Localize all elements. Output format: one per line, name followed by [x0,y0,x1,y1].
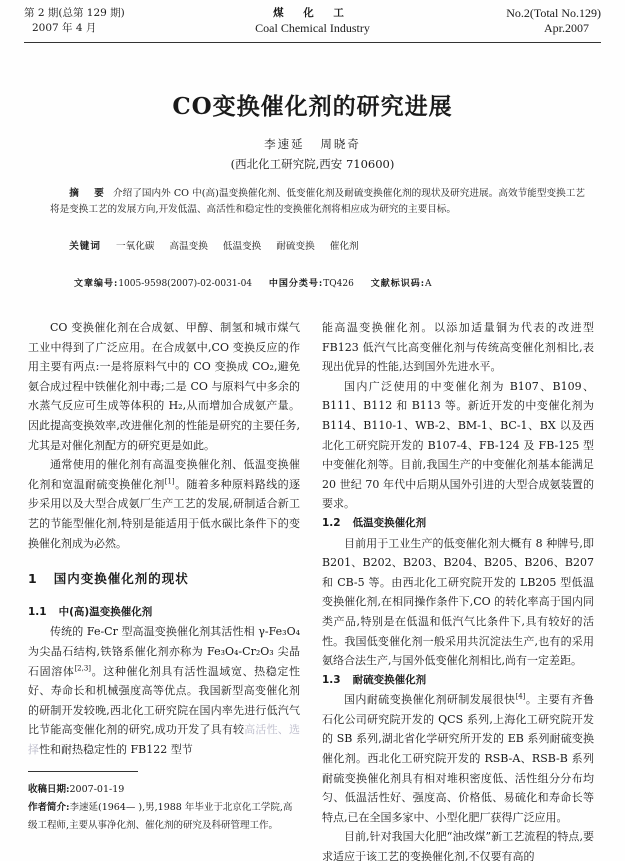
paragraph: 国内广泛使用的中变催化剂为 B107、B109、B111、B112 和 B113… [322,377,594,514]
paragraph: 目前,针对我国大化肥“油改煤”新工艺流程的特点,要求适应于该工艺的变换催化剂,不… [322,827,594,861]
citation: [2,3] [74,664,91,672]
keyword: 耐硫变换 [276,241,314,252]
article-number: 文章编号:1005-9598(2007)-02-0031-04 [74,279,252,289]
section-heading-1: 1国内变换催化剂的现状 [28,569,300,589]
citation: [4] [515,693,525,701]
keyword: 催化剂 [330,241,359,252]
received-date: 收稿日期:2007-01-19 [28,781,300,799]
section-heading-1-2: 1.2低温变换催化剂 [322,514,594,534]
article-title: CO变换催化剂的研究进展 [0,88,625,121]
article-affiliation: (西北化工研究院,西安 710600) [0,156,625,172]
paragraph: 传统的 Fe-Cr 型高温变换催化剂其活性相 γ-Fe₃O₄ 为尖晶石结构,铁铬… [28,622,300,759]
footnote: 收稿日期:2007-01-19 作者简介:李速延(1964— ),男,1988 … [28,781,300,835]
keywords: 关键词 一氧化碳 高温变换 低温变换 耐硫变换 催化剂 [50,238,585,252]
issue-date-en: Apr.2007 [506,21,601,36]
paragraph: 通常使用的催化剂有高温变换催化剂、低温变换催化剂和宽温耐硫变换催化剂[1]。随着… [28,455,300,553]
paragraph: CO 变换催化剂在合成氨、甲醇、制氢和城市煤气工业中得到了广泛应用。在合成氨中,… [28,318,300,455]
keyword: 低温变换 [223,241,261,252]
keywords-label: 关键词 [69,241,101,252]
running-header: 第 2 期(总第 129 期) 2007 年 4 月 煤 化 工 Coal Ch… [24,6,601,43]
left-column: CO 变换催化剂在合成氨、甲醇、制氢和城市煤气工业中得到了广泛应用。在合成氨中,… [28,318,300,759]
citation: [1] [165,477,175,485]
article-metadata: 文章编号:1005-9598(2007)-02-0031-04 中国分类号:TQ… [74,276,446,289]
document-code: 文献标识码:A [371,279,432,289]
paragraph: 国内耐硫变换催化剂研制发展很快[4]。主要有齐鲁石化公司研究院开发的 QCS 系… [322,690,594,827]
keyword: 高温变换 [169,241,207,252]
abstract: 摘 要 介绍了国内外 CO 中(高)温变换催化剂、低变催化剂及耐硫变换催化剂的现… [50,186,585,217]
article-authors: 李速延 周晓奇 [0,136,625,152]
right-column: 能高温变换催化剂。以添加适量铜为代表的改进型 FB123 低汽气比高变催化剂与传… [322,318,594,861]
author-bio: 作者简介:李速延(1964— ),男,1988 年毕业于北京化工学院,高级工程师… [28,799,300,835]
paragraph: 能高温变换催化剂。以添加适量铜为代表的改进型 FB123 低汽气比高变催化剂与传… [322,318,594,377]
section-heading-1-3: 1.3耐硫变换催化剂 [322,671,594,691]
paragraph: 目前用于工业生产的低变催化剂大概有 8 种牌号,即 B201、B202、B203… [322,534,594,671]
classification-number: 中国分类号:TQ426 [269,279,354,289]
footnote-rule [28,771,138,772]
abstract-text: 介绍了国内外 CO 中(高)温变换催化剂、低变催化剂及耐硫变换催化剂的现状及研究… [50,188,585,215]
section-heading-1-1: 1.1中(高)温变换催化剂 [28,603,300,623]
abstract-label: 摘 要 [69,188,110,199]
header-issue-en: No.2(Total No.129) Apr.2007 [506,6,601,36]
issue-number-en: No.2(Total No.129) [506,6,601,21]
keyword: 一氧化碳 [116,241,154,252]
